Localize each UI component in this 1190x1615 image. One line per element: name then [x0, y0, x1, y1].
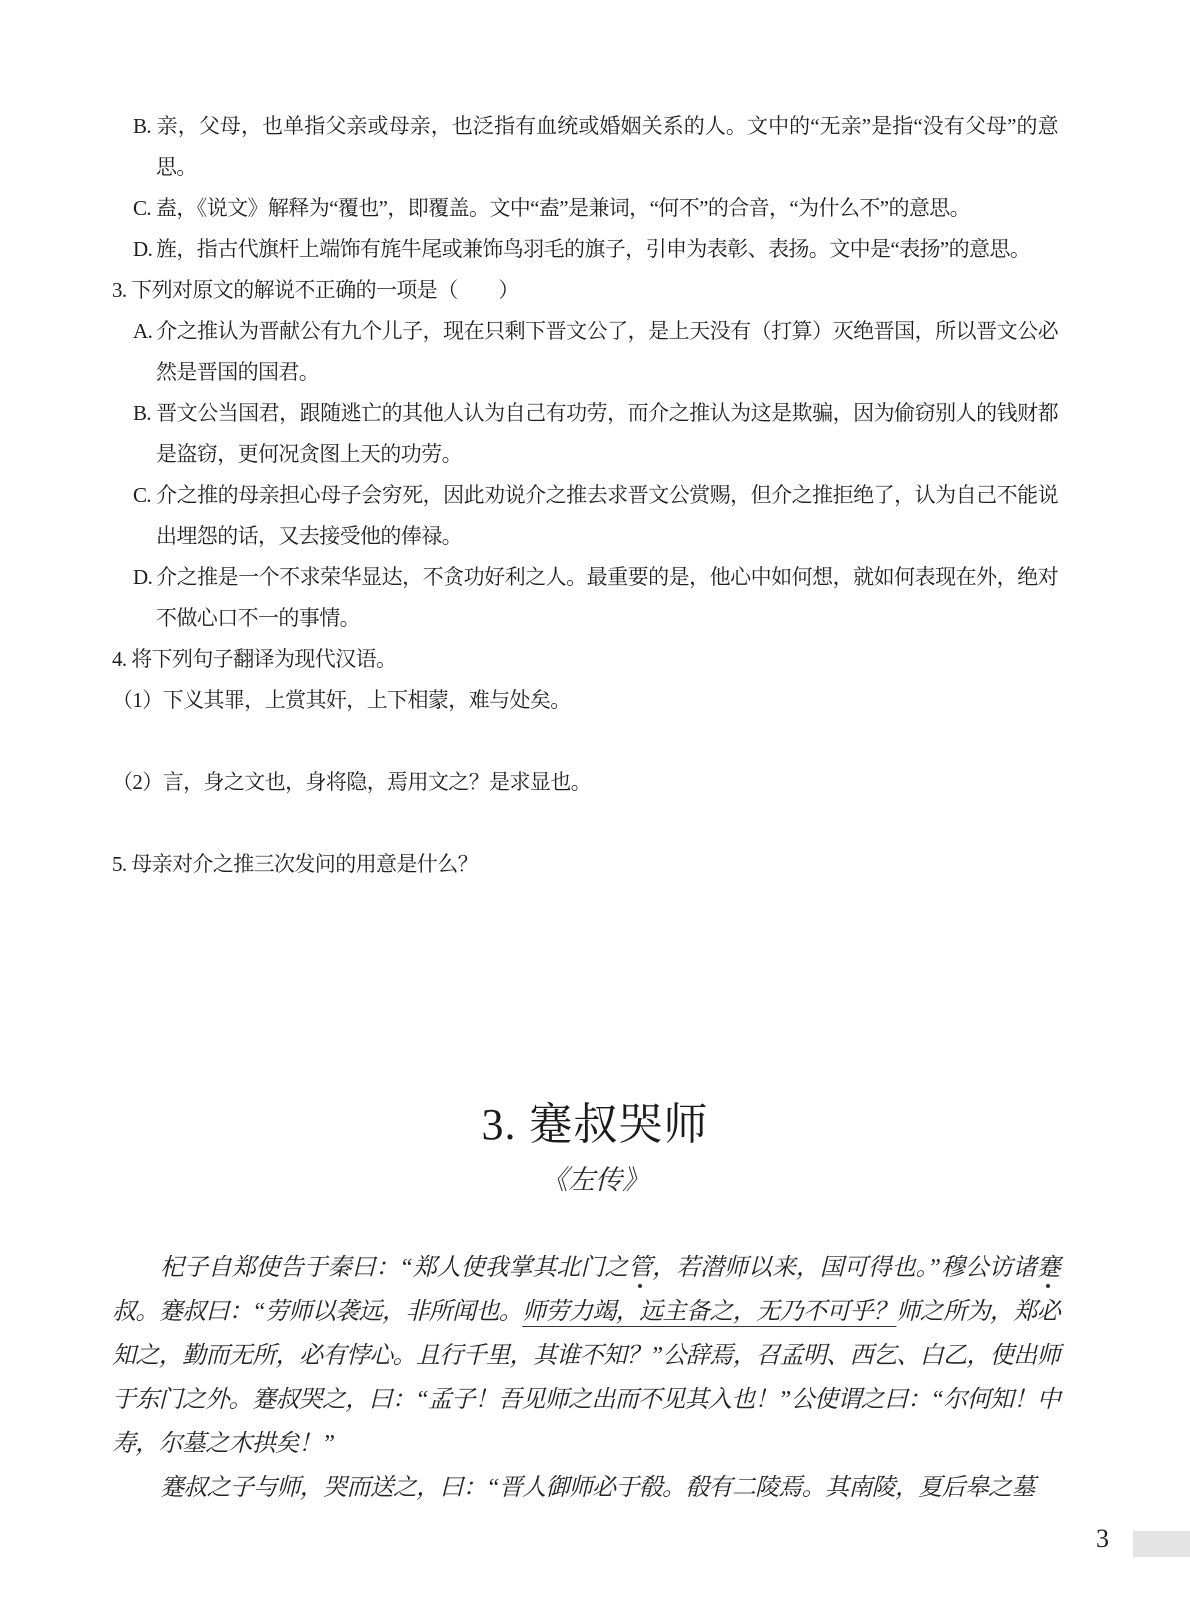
- passage-paragraph-1: 杞子自郑使告于秦曰：“郑人使我掌其北门之管，若潜师以来，国可得也。”穆公访诸蹇叔…: [112, 1246, 1060, 1466]
- q3-option-d: D.介之推是一个不求荣华显达，不贪功好利之人。最重要的是，他心中如何想，就如何表…: [112, 557, 1058, 639]
- lesson-title: 3. 蹇叔哭师: [0, 1098, 1190, 1152]
- question-4-sentence-2: （2）言，身之文也，身将隐，焉用文之？是求显也。: [112, 762, 1058, 803]
- question-4-stem: 4. 将下列句子翻译为现代汉语。: [112, 639, 1058, 680]
- passage-text: 叔。蹇叔曰：“劳师以袭远，非所闻也。: [112, 1299, 522, 1325]
- answer-writing-space: [112, 803, 1058, 844]
- option-label: D.: [133, 557, 156, 598]
- option-label: B.: [133, 393, 156, 434]
- classical-passage: 杞子自郑使告于秦曰：“郑人使我掌其北门之管，若潜师以来，国可得也。”穆公访诸蹇叔…: [112, 1246, 1060, 1510]
- option-label: C.: [133, 188, 156, 229]
- emphasis-dot-char: 管: [628, 1255, 652, 1281]
- underlined-phrase: 师劳力竭，远主备之，无乃不可乎？: [522, 1299, 896, 1325]
- option-text: 盍，《说文》解释为“覆也”，即覆盖。文中“盍”是兼词，“何不”的合音，“为什么不…: [156, 196, 970, 220]
- passage-text: ，若潜师以来，国可得也。”穆公访诸: [652, 1255, 1036, 1281]
- passage-text: 杞子自郑使告于秦曰：“郑人使我掌其北门之: [160, 1255, 628, 1281]
- option-text: 介之推认为晋献公有九个儿子，现在只剩下晋文公了，是上天没有（打算）灭绝晋国，所以…: [156, 319, 1058, 384]
- q3-option-b: B.晋文公当国君，跟随逃亡的其他人认为自己有功劳，而介之推认为这是欺骗，因为偷窃…: [112, 393, 1058, 475]
- option-text: 晋文公当国君，跟随逃亡的其他人认为自己有功劳，而介之推认为这是欺骗，因为偷窃别人…: [156, 401, 1058, 466]
- question-3-stem: 3. 下列对原文的解说不正确的一项是（ ）: [112, 270, 1058, 311]
- option-text: 介之推是一个不求荣华显达，不贪功好利之人。最重要的是，他心中如何想，就如何表现在…: [156, 565, 1058, 630]
- q2-option-c: C.盍，《说文》解释为“覆也”，即覆盖。文中“盍”是兼词，“何不”的合音，“为什…: [112, 188, 1058, 229]
- answer-writing-space: [112, 721, 1058, 762]
- q3-option-a: A.介之推认为晋献公有九个儿子，现在只剩下晋文公了，是上天没有（打算）灭绝晋国，…: [112, 311, 1058, 393]
- option-text: 介之推的母亲担心母子会穷死，因此劝说介之推去求晋文公赏赐，但介之推拒绝了，认为自…: [156, 483, 1058, 548]
- q2-option-d: D.旌，指古代旗杆上端饰有旄牛尾或兼饰鸟羽毛的旗子，引申为表彰、表扬。文中是“表…: [112, 229, 1058, 270]
- option-label: A.: [133, 311, 156, 352]
- page-edge-tab: [1133, 1531, 1190, 1557]
- option-text: 旌，指古代旗杆上端饰有旄牛尾或兼饰鸟羽毛的旗子，引申为表彰、表扬。文中是“表扬”…: [156, 237, 1030, 261]
- option-label: B.: [133, 106, 156, 147]
- question-4-sentence-1: （1）下义其罪，上赏其奸，上下相蒙，难与处矣。: [112, 680, 1058, 721]
- option-label: D.: [133, 229, 156, 270]
- passage-paragraph-2: 蹇叔之子与师，哭而送之，曰：“晋人御师必于殽。殽有二陵焉。其南陵，夏后皋之墓: [112, 1466, 1060, 1510]
- lesson-source: 《左传》: [0, 1160, 1190, 1200]
- option-label: C.: [133, 475, 156, 516]
- emphasis-dot-char: 蹇: [1037, 1255, 1060, 1281]
- page-number: 3: [1096, 1524, 1109, 1554]
- scanned-textbook-page: B.亲，父母，也单指父亲或母亲，也泛指有血统或婚姻关系的人。文中的“无亲”是指“…: [0, 0, 1190, 1615]
- option-text: 亲，父母，也单指父亲或母亲，也泛指有血统或婚姻关系的人。文中的“无亲”是指“没有…: [156, 114, 1058, 179]
- questions-block: B.亲，父母，也单指父亲或母亲，也泛指有血统或婚姻关系的人。文中的“无亲”是指“…: [112, 106, 1058, 885]
- question-5-stem: 5. 母亲对介之推三次发问的用意是什么？: [112, 844, 1058, 885]
- q3-option-c: C.介之推的母亲担心母子会穷死，因此劝说介之推去求晋文公赏赐，但介之推拒绝了，认…: [112, 475, 1058, 557]
- q2-option-b: B.亲，父母，也单指父亲或母亲，也泛指有血统或婚姻关系的人。文中的“无亲”是指“…: [112, 106, 1058, 188]
